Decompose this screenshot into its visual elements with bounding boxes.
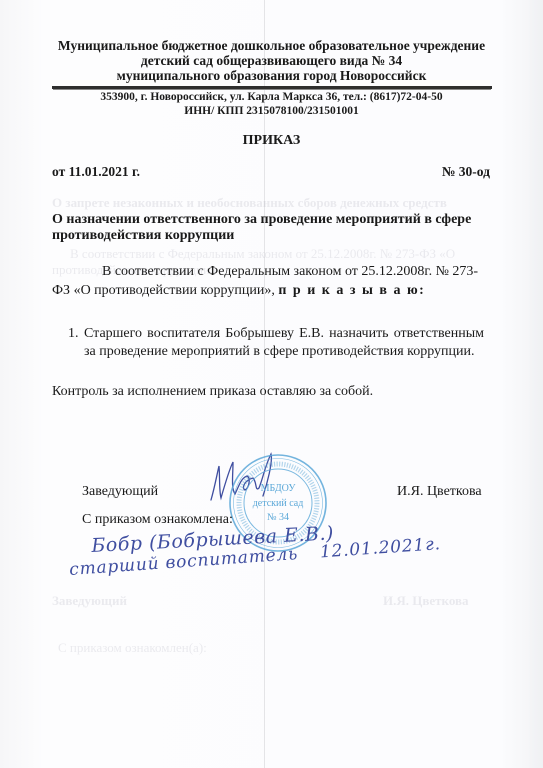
document-number: № 30-од — [442, 164, 490, 180]
stamp-line-3: № 34 — [267, 512, 289, 523]
org-name-line: Муниципальное бюджетное дошкольное образ… — [0, 38, 543, 53]
document-subject: О назначении ответственного за проведени… — [52, 212, 472, 244]
org-name-line: муниципального образования город Новорос… — [0, 68, 543, 83]
org-name-line: детский сад общеразвивающего вида № 34 — [0, 53, 543, 68]
org-contacts: 353900, г. Новороссийск, ул. Карла Маркс… — [0, 90, 543, 118]
document-date: от 11.01.2021 г. — [52, 164, 140, 180]
letterhead: Муниципальное бюджетное дошкольное образ… — [0, 38, 543, 83]
stamp-line-1: МБДОУ — [261, 483, 297, 494]
order-item-text: Старшего воспитателя Бобрышеву Е.В. назн… — [84, 325, 484, 361]
signatory-name: И.Я. Цветкова — [397, 484, 482, 500]
acquainted-label: С приказом ознакомлена: — [82, 512, 233, 528]
document-preamble: В соответствии с Федеральным законом от … — [52, 262, 484, 300]
org-address: 353900, г. Новороссийск, ул. Карла Маркс… — [0, 90, 543, 104]
document-title: ПРИКАЗ — [0, 133, 543, 149]
signatory-role: Заведующий — [82, 484, 158, 500]
order-item: 1. Старшего воспитателя Бобрышеву Е.В. н… — [68, 325, 484, 361]
org-tax-ids: ИНН/ КПП 2315078100/231501001 — [0, 104, 543, 118]
control-statement: Контроль за исполнением приказа оставляю… — [52, 384, 373, 400]
stamp-line-2: детский сад — [253, 498, 304, 509]
order-word: п р и к а з ы в а ю: — [278, 283, 425, 298]
letterhead-divider — [52, 86, 492, 89]
order-item-number: 1. — [68, 325, 84, 361]
